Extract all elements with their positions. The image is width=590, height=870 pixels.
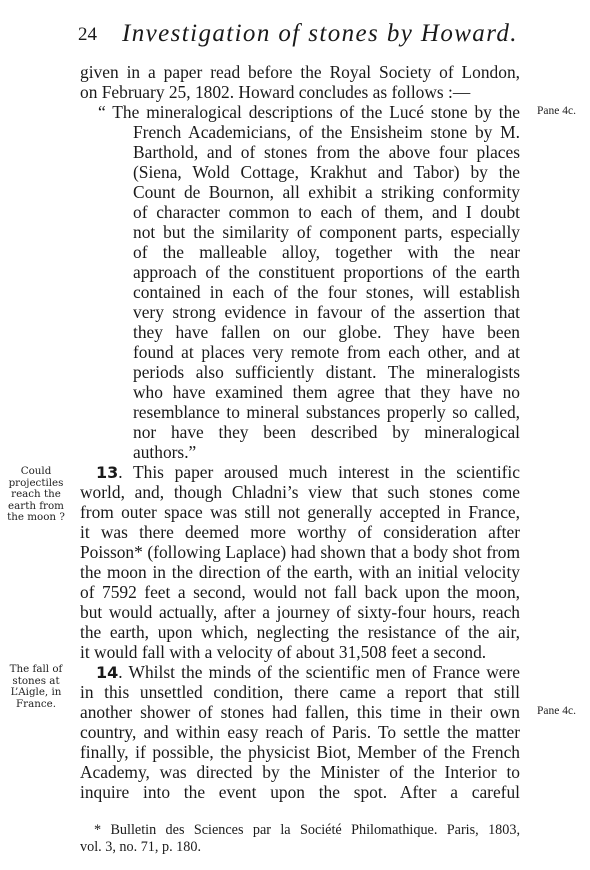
- body-line: country, and within easy reach of Paris.…: [80, 722, 520, 742]
- body-line: inquire into the event upon the spot. Af…: [80, 782, 520, 802]
- quote-line: not but the similarity of component part…: [133, 222, 520, 242]
- plate-reference: Pane 4c.: [537, 704, 589, 718]
- quote-line: very strong evidence in favour of the as…: [133, 302, 520, 322]
- side-note-line: The fall of: [0, 664, 72, 676]
- side-note-line: Could: [0, 466, 72, 478]
- body-line: in this unsettled condition, there came …: [80, 682, 520, 702]
- body-line: but would actually, after a journey of s…: [80, 602, 520, 622]
- side-note-line: France.: [0, 699, 72, 711]
- quote-line: of character common to each of them, and…: [133, 202, 520, 222]
- quote-line: French Academicians, of the Ensisheim st…: [133, 122, 520, 142]
- quote-line: nor have they been described by mineralo…: [133, 422, 520, 442]
- quote-line: authors.”: [133, 442, 520, 462]
- body-line: the earth, upon which, neglecting the re…: [80, 622, 520, 642]
- body-line: Poisson* (following Laplace) had shown t…: [80, 542, 520, 562]
- quote-line: contained in each of the four stones, wi…: [133, 282, 520, 302]
- section-14-first-line: 14. Whilst the minds of the scientific m…: [96, 662, 520, 682]
- section-13-first-line: 13. This paper aroused much interest in …: [96, 462, 520, 482]
- body-line: of 7592 feet a second, would not fall ba…: [80, 582, 520, 602]
- section-number: 14: [96, 663, 118, 682]
- body-line: Academy, was directed by the Minister of…: [80, 762, 520, 782]
- body-line: from outer space was still not generally…: [80, 502, 520, 522]
- quote-line: “ The mineralogical descriptions of the …: [98, 102, 520, 122]
- page-title: Investigation of stones by Howard.: [122, 20, 518, 48]
- section-number: 13: [96, 463, 118, 482]
- body-text: . This paper aroused much interest in th…: [118, 462, 520, 482]
- book-page: 24 Investigation of stones by Howard. gi…: [0, 0, 590, 870]
- body-line: on February 25, 1802. Howard concludes a…: [80, 82, 520, 102]
- page-number: 24: [78, 24, 97, 46]
- body-line: given in a paper read before the Royal S…: [80, 62, 520, 82]
- body-line: it would fall with a velocity of about 3…: [80, 642, 520, 662]
- quote-line: Count de Bournon, all exhibit a striking…: [133, 182, 520, 202]
- quote-line: found at places very remote from each ot…: [133, 342, 520, 362]
- quote-line: approach of the constituent proportions …: [133, 262, 520, 282]
- footnote-line: vol. 3, no. 71, p. 180.: [80, 839, 201, 856]
- side-note-line: the moon ?: [0, 512, 72, 524]
- quote-line: who have examined them agree that they h…: [133, 382, 520, 402]
- body-line: world, and, though Chladni’s view that s…: [80, 482, 520, 502]
- body-line: finally, if possible, the physicist Biot…: [80, 742, 520, 762]
- running-head: 24 Investigation of stones by Howard.: [78, 20, 518, 50]
- quote-line: they have fallen on our globe. They have…: [133, 322, 520, 342]
- body-line: another shower of stones had fallen, thi…: [80, 702, 520, 722]
- side-note-line: reach the: [0, 489, 72, 501]
- footnote-line: * Bulletin des Sciences par la Société P…: [94, 822, 520, 839]
- quote-line: of the malleable alloy, together with th…: [133, 242, 520, 262]
- body-line: the moon in the direction of the earth, …: [80, 562, 520, 582]
- quote-line: resemblance to mineral substances proper…: [133, 402, 520, 422]
- plate-reference: Pane 4c.: [537, 104, 589, 118]
- body-text: . Whilst the minds of the scientific men…: [118, 662, 520, 682]
- side-note-section-14: The fall of stones at L’Aigle, in France…: [0, 664, 72, 710]
- side-note-line: L’Aigle, in: [0, 687, 72, 699]
- quote-line: (Siena, Wold Cottage, Krakhut and Tabor)…: [133, 162, 520, 182]
- quote-line: periods also sufficiently distant. The m…: [133, 362, 520, 382]
- side-note-section-13: Could projectiles reach the earth from t…: [0, 466, 72, 524]
- body-line: it was there deemed more worthy of consi…: [80, 522, 520, 542]
- quote-line: Barthold, and of stones from the above f…: [133, 142, 520, 162]
